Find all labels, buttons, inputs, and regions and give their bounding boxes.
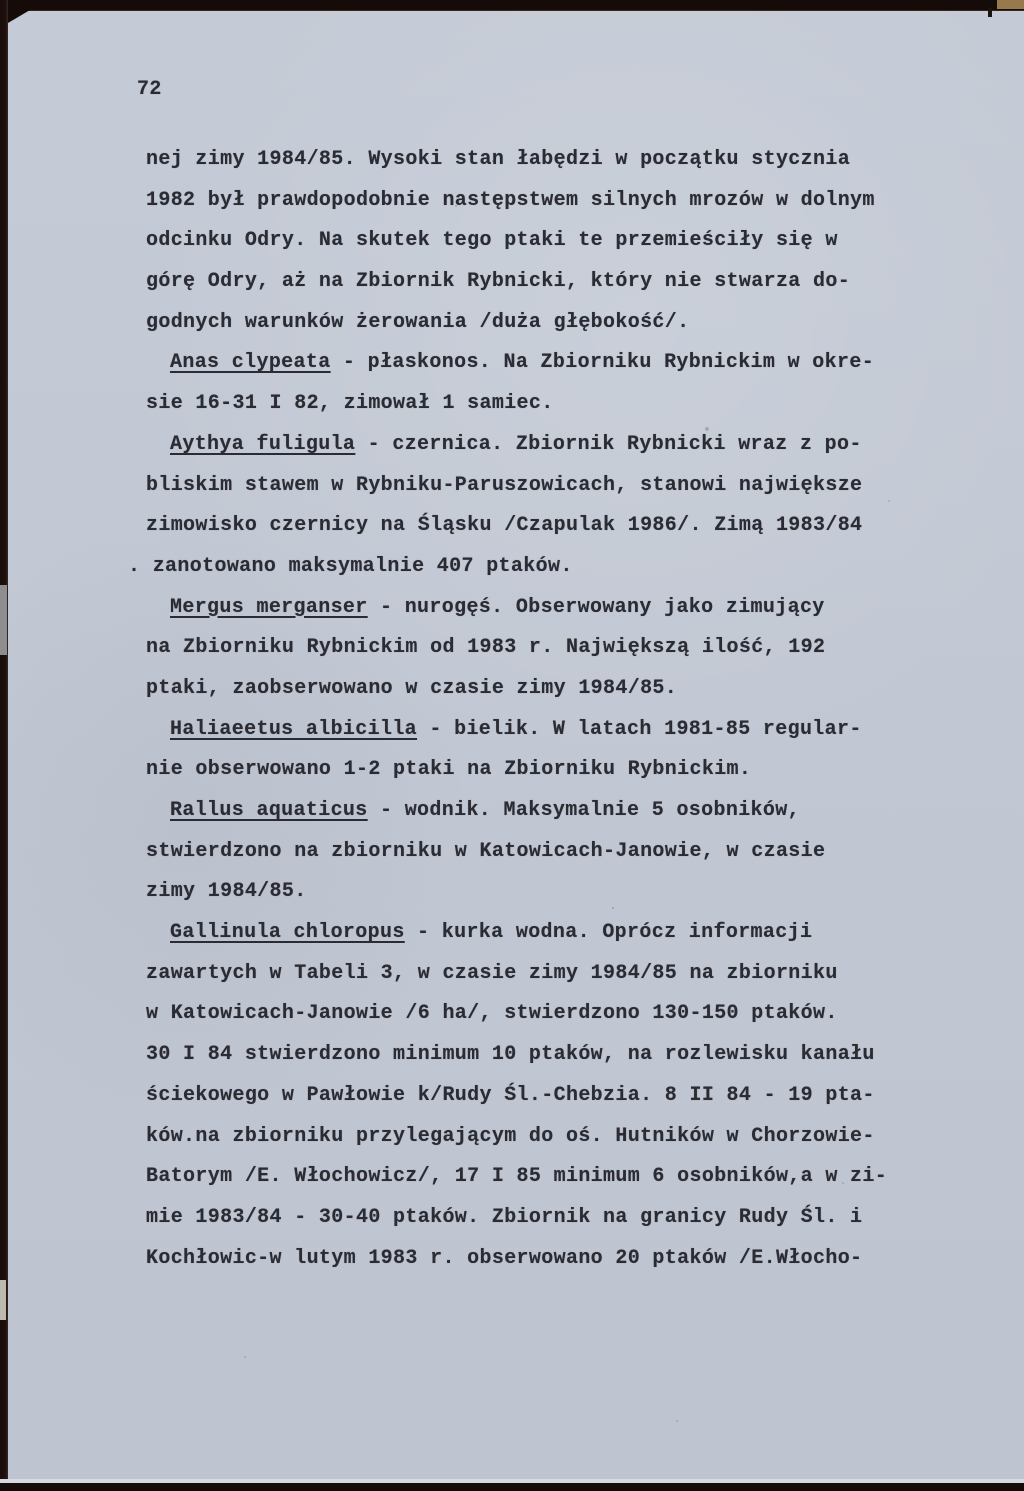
page-number: 72 <box>137 76 162 104</box>
text-segment: na Zbiorniku Rybnickim od 1983 r. Najwię… <box>146 636 825 659</box>
text-line: Kochłowic-w lutym 1983 r. obserwowano 20… <box>146 1239 906 1280</box>
text-segment: - wodnik. Maksymalnie 5 osobników, <box>368 799 800 822</box>
text-segment: nie obserwowano 1-2 ptaki na Zbiorniku R… <box>146 758 751 781</box>
text-segment: górę Odry, aż na Zbiornik Rybnicki, któr… <box>146 270 850 293</box>
text-segment: odcinku Odry. Na skutek tego ptaki te pr… <box>146 229 838 252</box>
species-name: Rallus aquaticus <box>170 799 368 822</box>
text-segment: - płaskonos. Na Zbiorniku Rybnickim w ok… <box>331 351 875 374</box>
text-segment: - kurka wodna. Oprócz informacji <box>405 921 813 944</box>
species-name: Mergus merganser <box>170 596 368 619</box>
text-segment: zawartych w Tabeli 3, w czasie zimy 1984… <box>146 962 838 985</box>
text-line: Batorym /E. Włochowicz/, 17 I 85 minimum… <box>146 1157 906 1198</box>
text-line: Mergus merganser - nurogęś. Obserwowany … <box>146 588 906 629</box>
text-line: Gallinula chloropus - kurka wodna. Opróc… <box>146 913 906 954</box>
text-segment: zimy 1984/85. <box>146 880 307 903</box>
text-line: górę Odry, aż na Zbiornik Rybnicki, któr… <box>146 262 906 303</box>
text-segment: - nurogęś. Obserwowany jako zimujący <box>368 596 825 619</box>
text-line: ściekowego w Pawłowie k/Rudy Śl.-Chebzia… <box>146 1076 906 1117</box>
text-segment: stwierdzono na zbiorniku w Katowicach-Ja… <box>146 840 825 863</box>
text-line: 30 I 84 stwierdzono minimum 10 ptaków, n… <box>146 1035 906 1076</box>
text-segment: ków.na zbiorniku przylegającym do oś. Hu… <box>146 1125 875 1148</box>
text-line: zimy 1984/85. <box>146 872 906 913</box>
text-line: Haliaeetus albicilla - bielik. W latach … <box>146 710 906 751</box>
text-line: ptaki, zaobserwowano w czasie zimy 1984/… <box>146 669 906 710</box>
scan-edge-tick <box>988 8 992 17</box>
species-name: Gallinula chloropus <box>170 921 405 944</box>
text-segment: nej zimy 1984/85. Wysoki stan łabędzi w … <box>146 148 850 171</box>
text-line: . zanotowano maksymalnie 407 ptaków. <box>128 547 906 588</box>
text-line: Anas clypeata - płaskonos. Na Zbiorniku … <box>146 343 906 384</box>
text-line: nej zimy 1984/85. Wysoki stan łabędzi w … <box>146 140 906 181</box>
scanned-page: { "colors": { "paper": "#c9cfda", "ink":… <box>0 0 1024 1491</box>
text-line: bliskim stawem w Rybniku-Paruszowicach, … <box>146 466 906 507</box>
scan-edge-patch <box>0 1280 6 1320</box>
text-block: nej zimy 1984/85. Wysoki stan łabędzi w … <box>146 140 906 1279</box>
text-line: w Katowicach-Janowie /6 ha/, stwierdzono… <box>146 994 906 1035</box>
text-segment: Kochłowic-w lutym 1983 r. obserwowano 20… <box>146 1247 862 1270</box>
text-segment: zimowisko czernicy na Śląsku /Czapulak 1… <box>146 514 862 537</box>
text-line: mie 1983/84 - 30-40 ptaków. Zbiornik na … <box>146 1198 906 1239</box>
text-line: zawartych w Tabeli 3, w czasie zimy 1984… <box>146 954 906 995</box>
text-line: odcinku Odry. Na skutek tego ptaki te pr… <box>146 221 906 262</box>
text-segment: godnych warunków żerowania /duża głęboko… <box>146 311 690 334</box>
scan-corner-cut <box>8 10 30 23</box>
text-line: Aythya fuligula - czernica. Zbiornik Ryb… <box>146 425 906 466</box>
scan-edge-top <box>0 0 1024 11</box>
text-line: ków.na zbiorniku przylegającym do oś. Hu… <box>146 1117 906 1158</box>
text-segment: w Katowicach-Janowie /6 ha/, stwierdzono… <box>146 1002 838 1025</box>
text-line: zimowisko czernicy na Śląsku /Czapulak 1… <box>146 506 906 547</box>
scan-corner-tan <box>997 0 1024 9</box>
text-line: Rallus aquaticus - wodnik. Maksymalnie 5… <box>146 791 906 832</box>
scan-edge-patch <box>0 585 7 655</box>
text-segment: 30 I 84 stwierdzono minimum 10 ptaków, n… <box>146 1043 875 1066</box>
text-line: godnych warunków żerowania /duża głęboko… <box>146 303 906 344</box>
text-line: 1982 był prawdopodobnie następstwem siln… <box>146 181 906 222</box>
scan-edge-bottom <box>0 1483 1024 1491</box>
species-name: Haliaeetus albicilla <box>170 718 417 741</box>
text-segment: sie 16-31 I 82, zimował 1 samiec. <box>146 392 554 415</box>
scan-edge-left <box>0 0 8 1491</box>
text-line: stwierdzono na zbiorniku w Katowicach-Ja… <box>146 832 906 873</box>
text-segment: bliskim stawem w Rybniku-Paruszowicach, … <box>146 474 862 497</box>
text-segment: ptaki, zaobserwowano w czasie zimy 1984/… <box>146 677 677 700</box>
text-segment: 1982 był prawdopodobnie następstwem siln… <box>146 189 875 212</box>
text-line: na Zbiorniku Rybnickim od 1983 r. Najwię… <box>146 628 906 669</box>
text-segment: ściekowego w Pawłowie k/Rudy Śl.-Chebzia… <box>146 1084 875 1107</box>
text-segment: . zanotowano maksymalnie 407 ptaków. <box>128 555 573 578</box>
species-name: Anas clypeata <box>170 351 331 374</box>
text-line: nie obserwowano 1-2 ptaki na Zbiorniku R… <box>146 750 906 791</box>
text-segment: - czernica. Zbiornik Rybnicki wraz z po- <box>355 433 861 456</box>
text-segment: mie 1983/84 - 30-40 ptaków. Zbiornik na … <box>146 1206 862 1229</box>
species-name: Aythya fuligula <box>170 433 355 456</box>
text-segment: - bielik. W latach 1981-85 regular- <box>417 718 862 741</box>
text-segment: Batorym /E. Włochowicz/, 17 I 85 minimum… <box>146 1165 887 1188</box>
text-line: sie 16-31 I 82, zimował 1 samiec. <box>146 384 906 425</box>
